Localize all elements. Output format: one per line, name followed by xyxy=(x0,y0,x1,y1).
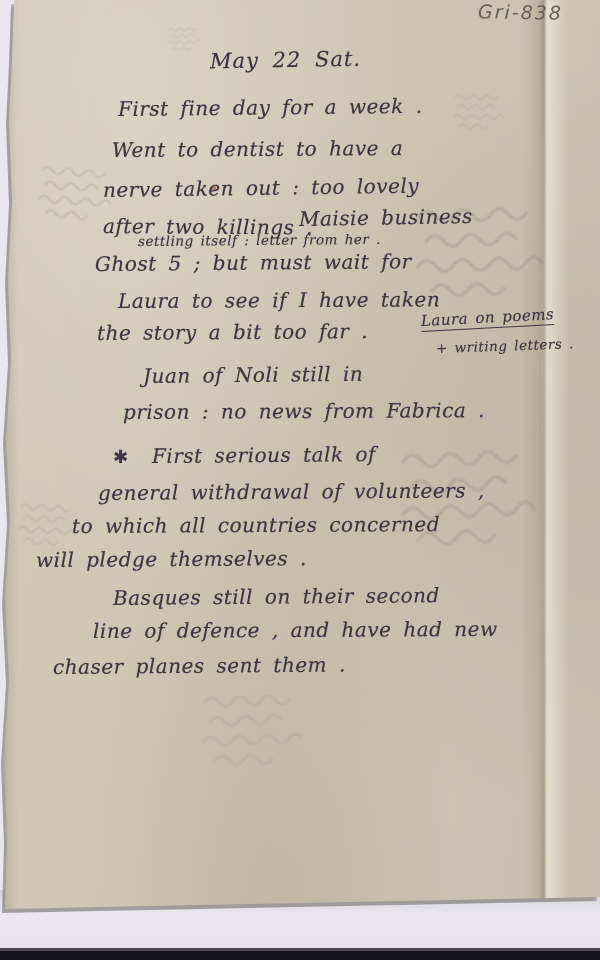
scan-edge-strip xyxy=(0,951,600,960)
bleedthrough-mark xyxy=(129,686,382,775)
page-crease-highlight xyxy=(546,0,570,900)
manuscript-line: chaser planes sent them . xyxy=(53,652,346,679)
manuscript-line: First serious talk of xyxy=(152,442,376,468)
date-heading: May 22 Sat. xyxy=(210,47,361,74)
manuscript-line: Basques still on their second xyxy=(113,583,440,610)
catalog-number: Gri-838 xyxy=(478,1,563,24)
manuscript-line: First fine day for a week . xyxy=(118,94,423,121)
manuscript-page: Gri-838 May 22 Sat. First fine day for a… xyxy=(0,0,600,960)
manuscript-line: will pledge themselves . xyxy=(36,546,307,572)
asterisk-mark: ✱ xyxy=(113,447,129,468)
manuscript-line: prison : no news from Fabrica . xyxy=(123,398,485,424)
manuscript-line: the story a bit too far . xyxy=(97,319,368,345)
interline-note: settling itself : letter from her . xyxy=(138,232,381,250)
page-crease xyxy=(541,0,545,900)
manuscript-line: Juan of Noli still in xyxy=(143,362,363,388)
manuscript-line: line of defence , and have had new xyxy=(93,617,498,643)
manuscript-line: general withdrawal of volunteers , xyxy=(98,478,485,505)
bleedthrough-mark xyxy=(430,92,530,132)
manuscript-line: Laura to see if I have taken xyxy=(118,287,440,313)
manuscript-line: nerve taken out : too lovely xyxy=(103,174,419,202)
manuscript-line: to which all countries concerned xyxy=(72,512,440,538)
manuscript-line: Ghost 5 ; but must wait for xyxy=(95,249,412,276)
manuscript-line: Maisie business xyxy=(299,204,473,231)
manuscript-line: Went to dentist to have a xyxy=(112,136,403,162)
